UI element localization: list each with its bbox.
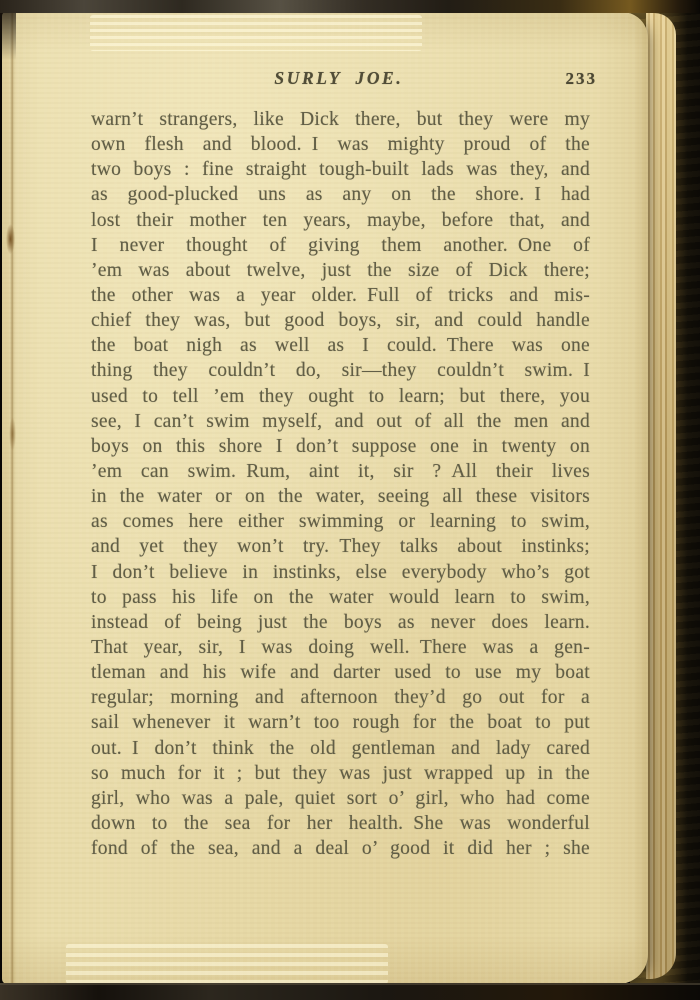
text-line: ’em was about twelve, just the size of D… — [91, 258, 590, 283]
text-line: That year, sir, I was doing well. There … — [91, 635, 590, 660]
page-stack-fore-edge — [646, 13, 676, 979]
text-line: two boys : fine straight tough-built lad… — [91, 157, 590, 182]
text-line: I never thought of giving them another. … — [91, 233, 590, 258]
text-line: as good-plucked uns as any on the shore.… — [91, 182, 590, 207]
text-line: fond of the sea, and a deal o’ good it d… — [91, 836, 590, 861]
book-page: SURLY JOE. 233 warn’t strangers, like Di… — [2, 12, 648, 984]
text-line: out. I don’t think the old gentleman and… — [91, 736, 590, 761]
text-line: so much for it ; but they was just wrapp… — [91, 761, 590, 786]
text-line: sail whenever it warn’t too rough for th… — [91, 710, 590, 735]
text-line: ’em can swim. Rum, aint it, sir ? All th… — [91, 459, 590, 484]
book-scan-photo: SURLY JOE. 233 warn’t strangers, like Di… — [0, 0, 700, 1000]
text-line: regular; morning and afternoon they’d go… — [91, 685, 590, 710]
underlying-page-edge-top — [90, 15, 422, 51]
text-line: as comes here either swimming or learnin… — [91, 509, 590, 534]
foxing-stain — [9, 417, 16, 451]
text-line: in the water or on the water, seeing all… — [91, 484, 590, 509]
text-line: tleman and his wife and darter used to u… — [91, 660, 590, 685]
text-line: and yet they won’t try. They talks about… — [91, 534, 590, 559]
gutter-crease — [10, 12, 15, 984]
text-line: the boat nigh as well as I could. There … — [91, 333, 590, 358]
text-line: down to the sea for her health. She was … — [91, 811, 590, 836]
text-line: instead of being just the boys as never … — [91, 610, 590, 635]
foxing-stain — [6, 224, 15, 254]
text-line: used to tell ’em they ought to learn; bu… — [91, 384, 590, 409]
text-line: the other was a year older. Full of tric… — [91, 283, 590, 308]
photo-top-shadow — [0, 0, 700, 13]
text-line: lost their mother ten years, maybe, befo… — [91, 208, 590, 233]
running-header: SURLY JOE. 233 — [91, 68, 597, 94]
text-line: girl, who was a pale, quiet sort o’ girl… — [91, 786, 590, 811]
text-line: to pass his life on the water would lear… — [91, 585, 590, 610]
text-line: chief they was, but good boys, sir, and … — [91, 308, 590, 333]
text-line: warn’t strangers, like Dick there, but t… — [91, 107, 590, 132]
chapter-title: SURLY JOE. — [274, 68, 403, 89]
body-text: warn’t strangers, like Dick there, but t… — [91, 107, 590, 861]
underlying-page-edge-bottom — [66, 944, 388, 984]
text-line: see, I can’t swim myself, and out of all… — [91, 409, 590, 434]
text-line: own flesh and blood. I was mighty proud … — [91, 132, 590, 157]
text-line: I don’t believe in instinks, else everyb… — [91, 560, 590, 585]
text-line: boys on this shore I don’t suppose one i… — [91, 434, 590, 459]
text-line: thing they couldn’t do, sir—they couldn’… — [91, 358, 590, 383]
page-number: 233 — [566, 69, 598, 89]
photo-bottom-shadow — [0, 983, 700, 1000]
